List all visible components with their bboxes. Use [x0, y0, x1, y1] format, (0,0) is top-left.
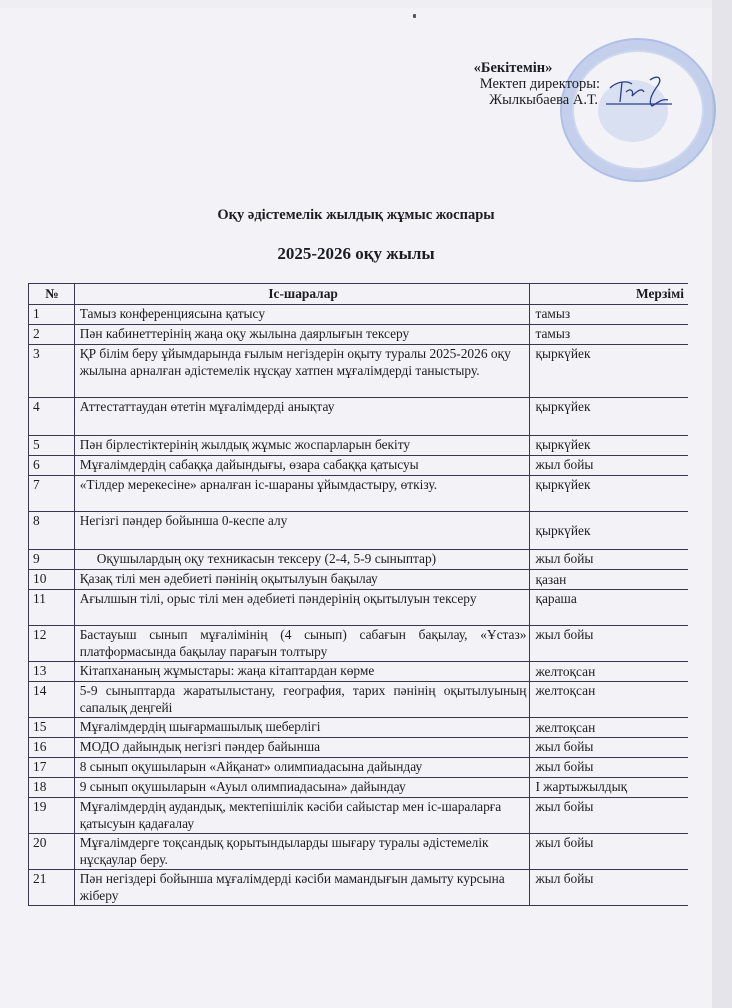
row-activity: ҚР білім беру ұйымдарында ғылым негіздер…	[74, 345, 530, 398]
table-row: 11Ағылшын тілі, орыс тілі мен әдебиеті п…	[29, 590, 689, 626]
row-deadline: жыл бойы	[530, 626, 688, 662]
row-number: 3	[29, 345, 75, 398]
table-row: 4Аттестаттаудан өтетін мұғалімдерді анық…	[29, 398, 689, 436]
header-deadline: Мерзімі	[530, 284, 688, 305]
row-deadline: қараша	[530, 590, 688, 626]
row-activity: Мұғалімдерге тоқсандық қорытындыларды шы…	[74, 834, 530, 870]
row-activity: Оқушылардың оқу техникасын тексеру (2-4,…	[74, 550, 530, 570]
row-deadline: желтоқсан	[530, 682, 688, 718]
row-number: 11	[29, 590, 75, 626]
row-number: 18	[29, 778, 75, 798]
row-deadline: қыркүйек	[530, 436, 688, 456]
row-activity: Қазақ тілі мен әдебиеті пәнінің оқытылуы…	[74, 570, 530, 590]
row-number: 1	[29, 305, 75, 325]
row-activity: Негізгі пәндер бойынша 0-кеспе алу	[74, 512, 530, 550]
row-number: 21	[29, 870, 75, 906]
table-row: 10Қазақ тілі мен әдебиеті пәнінің оқытыл…	[29, 570, 689, 590]
table-row: 1Тамыз конференциясына қатысутамыз	[29, 305, 689, 325]
header-number: №	[29, 284, 75, 305]
row-activity: Мұғалімдердің аудандық, мектепішілік кәс…	[74, 798, 530, 834]
row-deadline: желтоқсан	[530, 662, 688, 682]
row-number: 13	[29, 662, 75, 682]
approval-block: «Бекітемін» Мектеп директоры: Жылкыбаева…	[380, 60, 610, 108]
table-row: 6Мұғалімдердің сабаққа дайындығы, өзара …	[29, 456, 689, 476]
row-deadline: жыл бойы	[530, 738, 688, 758]
row-deadline: қыркүйек	[530, 398, 688, 436]
row-activity: Пән негіздері бойынша мұғалімдерді кәсіб…	[74, 870, 530, 906]
row-deadline: жыл бойы	[530, 456, 688, 476]
signature-icon	[602, 74, 682, 108]
approval-name: Жылкыбаева А.Т.	[380, 92, 610, 108]
row-deadline: қазан	[530, 570, 688, 590]
row-deadline: тамыз	[530, 305, 688, 325]
table-row: 145-9 сыныптарда жаратылыстану, географи…	[29, 682, 689, 718]
table-row: 12Бастауыш сынып мұғалімінің (4 сынып) с…	[29, 626, 689, 662]
row-activity: Бастауыш сынып мұғалімінің (4 сынып) саб…	[74, 626, 530, 662]
table-row: 5Пән бірлестіктерінің жылдық жұмыс жоспа…	[29, 436, 689, 456]
approval-position: Мектеп директоры:	[380, 76, 610, 92]
table-row: 3ҚР білім беру ұйымдарында ғылым негізде…	[29, 345, 689, 398]
document-year: 2025-2026 оқу жылы	[0, 244, 712, 264]
row-deadline: қыркүйек	[530, 476, 688, 512]
row-deadline: жыл бойы	[530, 870, 688, 906]
row-activity: 5-9 сыныптарда жаратылыстану, география,…	[74, 682, 530, 718]
row-deadline: қыркүйек	[530, 345, 688, 398]
table-row: 20Мұғалімдерге тоқсандық қорытындыларды …	[29, 834, 689, 870]
row-deadline: жыл бойы	[530, 758, 688, 778]
row-activity: «Тілдер мерекесіне» арналған іс-шараны ұ…	[74, 476, 530, 512]
row-deadline: жыл бойы	[530, 550, 688, 570]
row-number: 5	[29, 436, 75, 456]
row-number: 10	[29, 570, 75, 590]
row-deadline: желтоқсан	[530, 718, 688, 738]
table-row: 189 сынып оқушыларын «Ауыл олимпиадасына…	[29, 778, 689, 798]
row-number: 14	[29, 682, 75, 718]
row-number: 20	[29, 834, 75, 870]
row-activity: Кітапхананың жұмыстары: жаңа кітаптардан…	[74, 662, 530, 682]
table-row: 2Пән кабинеттерінің жаңа оқу жылына даяр…	[29, 325, 689, 345]
row-activity: МОДО дайындық негізгі пәндер байынша	[74, 738, 530, 758]
header-activity: Іс-шаралар	[74, 284, 530, 305]
row-number: 9	[29, 550, 75, 570]
row-number: 8	[29, 512, 75, 550]
document-title: Оқу әдістемелік жылдық жұмыс жоспары	[0, 207, 712, 224]
row-activity: Аттестаттаудан өтетін мұғалімдерді анықт…	[74, 398, 530, 436]
table-row: 21Пән негіздері бойынша мұғалімдерді кәс…	[29, 870, 689, 906]
row-activity: Пән кабинеттерінің жаңа оқу жылына даярл…	[74, 325, 530, 345]
row-activity: Ағылшын тілі, орыс тілі мен әдебиеті пән…	[74, 590, 530, 626]
table-row: 15Мұғалімдердің шығармашылық шеберлігіже…	[29, 718, 689, 738]
row-number: 7	[29, 476, 75, 512]
row-number: 16	[29, 738, 75, 758]
row-deadline: тамыз	[530, 325, 688, 345]
table-row: 13Кітапхананың жұмыстары: жаңа кітаптард…	[29, 662, 689, 682]
table-row: 19Мұғалімдердің аудандық, мектепішілік к…	[29, 798, 689, 834]
table-row: 9Оқушылардың оқу техникасын тексеру (2-4…	[29, 550, 689, 570]
table-row: 16МОДО дайындық негізгі пәндер байыншажы…	[29, 738, 689, 758]
table-row: 178 сынып оқушыларын «Айқанат» олимпиада…	[29, 758, 689, 778]
row-deadline: жыл бойы	[530, 798, 688, 834]
row-number: 17	[29, 758, 75, 778]
row-number: 15	[29, 718, 75, 738]
row-deadline: жыл бойы	[530, 834, 688, 870]
work-plan-table: № Іс-шаралар Мерзімі 1Тамыз конференцияс…	[28, 283, 688, 906]
row-activity: Мұғалімдердің сабаққа дайындығы, өзара с…	[74, 456, 530, 476]
row-activity: Тамыз конференциясына қатысу	[74, 305, 530, 325]
row-number: 2	[29, 325, 75, 345]
table-row: 7«Тілдер мерекесіне» арналған іс-шараны …	[29, 476, 689, 512]
row-number: 19	[29, 798, 75, 834]
row-deadline: І жартыжылдық	[530, 778, 688, 798]
table-row: 8Негізгі пәндер бойынша 0-кеспе алуқыркү…	[29, 512, 689, 550]
row-activity: Пән бірлестіктерінің жылдық жұмыс жоспар…	[74, 436, 530, 456]
approval-title: «Бекітемін»	[380, 60, 610, 76]
scan-speck	[413, 14, 416, 18]
row-deadline: қыркүйек	[530, 512, 688, 550]
row-activity: 9 сынып оқушыларын «Ауыл олимпиадасына» …	[74, 778, 530, 798]
row-number: 12	[29, 626, 75, 662]
table-header-row: № Іс-шаралар Мерзімі	[29, 284, 689, 305]
page-edge	[712, 0, 732, 1008]
row-activity: Мұғалімдердің шығармашылық шеберлігі	[74, 718, 530, 738]
row-number: 6	[29, 456, 75, 476]
row-activity: 8 сынып оқушыларын «Айқанат» олимпиадасы…	[74, 758, 530, 778]
row-number: 4	[29, 398, 75, 436]
